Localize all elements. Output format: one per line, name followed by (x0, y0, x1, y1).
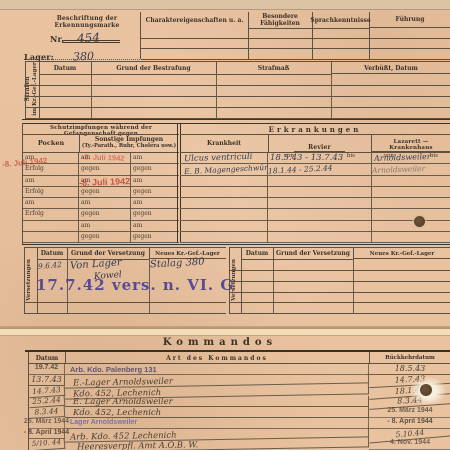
kommandos-h-rueck: Rückkehrdatum (369, 352, 450, 364)
kommandos-h-art: Art des Kommandos (65, 352, 370, 364)
strafen-row-line (26, 85, 450, 86)
impfungen-col-pocken: Pocken (23, 134, 80, 152)
kommando-row-8-rueck: 4. Nov. 1944 (369, 439, 450, 450)
impf-cell (23, 221, 79, 232)
versetz-left-h-datum: Datum (37, 248, 68, 260)
strafen-table: Datum Grund der Bestrafung Strafmaß Verb… (25, 61, 450, 119)
strafen-h-datum: Datum (39, 62, 92, 75)
kommando-row-2-datum: 13.7.43 (29, 375, 65, 386)
kommando-row-6-datum: 25. März 1944 (29, 418, 65, 429)
impf-cell: gegen (79, 209, 131, 220)
impf-cell: am (131, 221, 179, 232)
traits-row-line (141, 38, 450, 39)
impf-cell: gegen (79, 187, 131, 198)
traits-row-line (141, 48, 450, 49)
strafen-row-line (26, 96, 450, 97)
impf-cell: am (131, 176, 179, 187)
traits-col1-header: Charaktereigenschaften u. a. (141, 12, 249, 28)
erkrank-cell (180, 187, 268, 198)
versetz-right-row-line (230, 281, 450, 282)
transfer-stamp: 17.7.42 vers. n. VI. G (36, 276, 234, 294)
traits-col-line (369, 28, 370, 59)
kommandos-title: Kommandos (120, 337, 320, 348)
erkrank-cell (180, 176, 268, 187)
punch-hole (414, 216, 425, 227)
top-card-edge (0, 0, 450, 10)
versetz-right-h-neues: Neues Kr.-Gef.-Lager (353, 248, 450, 259)
erkrankungen-col-revier: Revier von bis (268, 134, 372, 152)
lower-card-top-edge (0, 329, 450, 336)
traits-col2-header: Besondere Fähigkeiten (248, 12, 313, 29)
erkrank-cell (372, 221, 450, 232)
vaccination-date-stamp: -8. Juli 1942 (79, 176, 130, 188)
traits-col3-header: Sprachkenntnisse (312, 12, 370, 29)
tag-nr-underline (62, 40, 120, 43)
impf-cell: Erfolg (23, 187, 79, 198)
impf-cell: am (131, 198, 179, 209)
versetz-right-col-line (273, 259, 274, 313)
strafen-h-strafmass: Strafmaß (216, 62, 332, 75)
versetz-right-row-line (230, 270, 450, 271)
kommandos-body: 19.7.42 Arb. Kdo. Palenberg 131 18.5.43 … (28, 364, 450, 450)
impf-cell: am (23, 198, 79, 209)
erkrank-cell (268, 198, 372, 209)
versetz-right-col-line (353, 259, 354, 313)
strafen-row-line (26, 107, 450, 108)
erkrank-cell (268, 221, 372, 232)
punch-hole (420, 384, 432, 396)
kommando-row-5-rueck: 25. März 1944 (369, 407, 450, 418)
impf-cell: am (79, 198, 131, 209)
erkrank-cell (372, 232, 450, 243)
strafen-col-line (331, 74, 332, 119)
traits-col4-header: Führung (369, 12, 450, 28)
erkrank-cell (268, 209, 372, 220)
impf-cell: am (23, 176, 79, 187)
impf-cell: gegen (79, 164, 131, 175)
erkrankungen-col-lazarett: Lazarett — Krankenhaus von bis (372, 134, 450, 152)
impf-cell: gegen (79, 232, 131, 243)
versetz-right-row-line (230, 292, 450, 293)
erkrank-cell (180, 221, 268, 232)
erkrankungen-col-krankheit: Krankheit (180, 134, 269, 152)
traits-table: Charaktereigenschaften u. a. Besondere F… (140, 12, 450, 59)
strafen-col-line (91, 74, 92, 119)
strafen-h-verbuesst: Verbüßt, Datum (331, 62, 450, 74)
illness-1-revier-dates: 18.5.43 - 13.7.43 (270, 153, 343, 163)
impf-cell (23, 232, 79, 243)
impf-cell: am (79, 221, 131, 232)
strafen-col-line (216, 74, 217, 119)
erkrankungen-title: Erkrankungen (180, 125, 450, 134)
traits-col-line (312, 28, 313, 59)
versetz-right-h-grund: Grund der Versetzung (273, 248, 354, 260)
erkrank-cell (268, 232, 372, 243)
traits-row-line (141, 59, 450, 60)
kommando-row-8-datum: 5/10. 44 (29, 438, 66, 450)
scanned-pow-record-card: Beschriftung der Erkennungsmarke Nr. 454… (0, 0, 450, 450)
versetz-left-row-line (25, 302, 226, 303)
kommando-row-5-art: Kdo. 452, Lechenich (65, 407, 369, 418)
kommando-row-1-datum: 19.7.42 (29, 364, 65, 375)
tag-number-row: Nr. 454 (50, 27, 130, 43)
illness-2-lazarett: Arnoldsweiler (372, 164, 425, 175)
impf-cell: am (131, 153, 179, 164)
impf-cell: gegen (131, 209, 179, 220)
erkrank-cell (372, 187, 450, 198)
vaccination-date-stamp: -8. Juli 1942 (82, 152, 125, 162)
erkrank-cell (268, 187, 372, 198)
erkrank-cell (180, 209, 268, 220)
impf-cell: gegen (131, 187, 179, 198)
impf-cell: gegen (131, 232, 179, 243)
kommandos-h-datum: Datum (29, 352, 66, 364)
traits-col-line (248, 28, 249, 59)
erkrank-cell (268, 176, 372, 187)
versetz-right-h-datum: Datum (241, 248, 274, 260)
erkrank-cell (372, 176, 450, 187)
impf-cell: gegen (131, 164, 179, 175)
versetzungen-right-table: Datum Grund der Versetzung Neues Kr.-Gef… (229, 247, 450, 314)
versetz-right-row-line (230, 302, 450, 303)
erkrank-cell (180, 198, 268, 209)
strafen-h-grund: Grund der Bestrafung (91, 62, 217, 75)
tag-nr-value: 454 (77, 30, 101, 45)
lager-row: Lager: 380 (24, 45, 142, 60)
impfungen-body: amamam Erfolggegengegen amamam Erfolggeg… (22, 152, 179, 244)
erkrank-cell (180, 232, 268, 243)
impfungen-col-sonstige: Sonstige Impfungen (Ty.-Parath., Ruhr, C… (79, 134, 179, 152)
erkrank-cell (372, 198, 450, 209)
kommandos-header: Datum Art des Kommandos Rückkehrdatum (28, 352, 450, 364)
impf-cell: Erfolg (23, 209, 79, 220)
erkrank-cell (372, 209, 450, 220)
